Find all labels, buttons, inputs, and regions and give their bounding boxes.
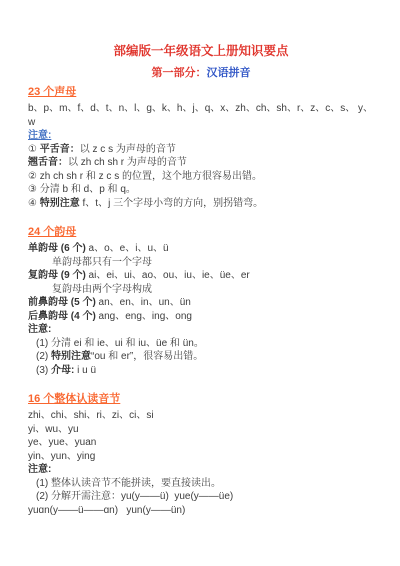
section-heading-finals: 24 个韵母 [28, 225, 374, 239]
part-heading: 第一部分：汉语拼音 [28, 66, 374, 80]
text-line: 单韵母 (6 个) a、o、e、i、u、ü [28, 242, 374, 256]
text-line: yuɑn(y——ü——ɑn) yun(y——ün) [28, 504, 374, 518]
note-label: 注意: [28, 129, 374, 143]
text-line: 单韵母都只有一个字母 [28, 256, 374, 270]
text-line: 后鼻韵母 (4 个) ang、eng、ing、ong [28, 310, 374, 324]
text-line: (2) 特别注意“ou 和 er”，很容易出错。 [28, 350, 374, 364]
part-name-label: 汉语拼音 [207, 67, 251, 79]
text-line: 复韵母由两个字母构成 [28, 283, 374, 297]
text-line: 前鼻韵母 (5 个) an、en、in、un、ün [28, 296, 374, 310]
section-heading-initials: 23 个声母 [28, 85, 374, 99]
text-line: (3) 介母: i u ü [28, 364, 374, 378]
section-heading-whole-syllables: 16 个整体认读音节 [28, 392, 374, 406]
document-page: 部编版一年级语文上册知识要点 第一部分：汉语拼音 23 个声母 b、p、m、f、… [0, 0, 400, 566]
note-label: 注意: [28, 463, 374, 477]
text-line: ② zh ch sh r 和 z c s 的位置，这个地方很容易出错。 [28, 170, 374, 184]
section-initials: 23 个声母 b、p、m、f、d、t、n、l、g、k、h、j、q、x、zh、ch… [28, 85, 374, 210]
text-line: (1) 分清 ei 和 ie、ui 和 iu、üe 和 ün。 [28, 337, 374, 351]
section-whole-syllables: 16 个整体认读音节 zhi、chi、shi、ri、zi、ci、si yi、wu… [28, 392, 374, 517]
syllables-row: ye、yue、yuan [28, 436, 374, 450]
initials-list: b、p、m、f、d、t、n、l、g、k、h、j、q、x、zh、ch、sh、r、z… [28, 102, 374, 129]
syllables-row: yi、wu、yu [28, 423, 374, 437]
text-line: ① 平舌音：以 z c s 为声母的音节 [28, 143, 374, 157]
text-line: ④ 特别注意 f、t、j 三个字母小弯的方向，别拐错弯。 [28, 197, 374, 211]
section-finals: 24 个韵母 单韵母 (6 个) a、o、e、i、u、ü 单韵母都只有一个字母 … [28, 225, 374, 377]
part-prefix-label: 第一部分： [152, 67, 207, 79]
page-title: 部编版一年级语文上册知识要点 [28, 44, 374, 59]
text-line: 翘舌音：以 zh ch sh r 为声母的音节 [28, 156, 374, 170]
syllables-row: zhi、chi、shi、ri、zi、ci、si [28, 409, 374, 423]
note-label: 注意: [28, 323, 374, 337]
text-line: ③ 分清 b 和 d、p 和 q。 [28, 183, 374, 197]
text-line: (2) 分解开需注意：yu(y——ü) yue(y——üe) [28, 490, 374, 504]
syllables-row: yin、yun、ying [28, 450, 374, 464]
text-line: (1) 整体认读音节不能拼读，要直接读出。 [28, 477, 374, 491]
text-line: 复韵母 (9 个) ai、ei、ui、ao、ou、iu、ie、üe、er [28, 269, 374, 283]
